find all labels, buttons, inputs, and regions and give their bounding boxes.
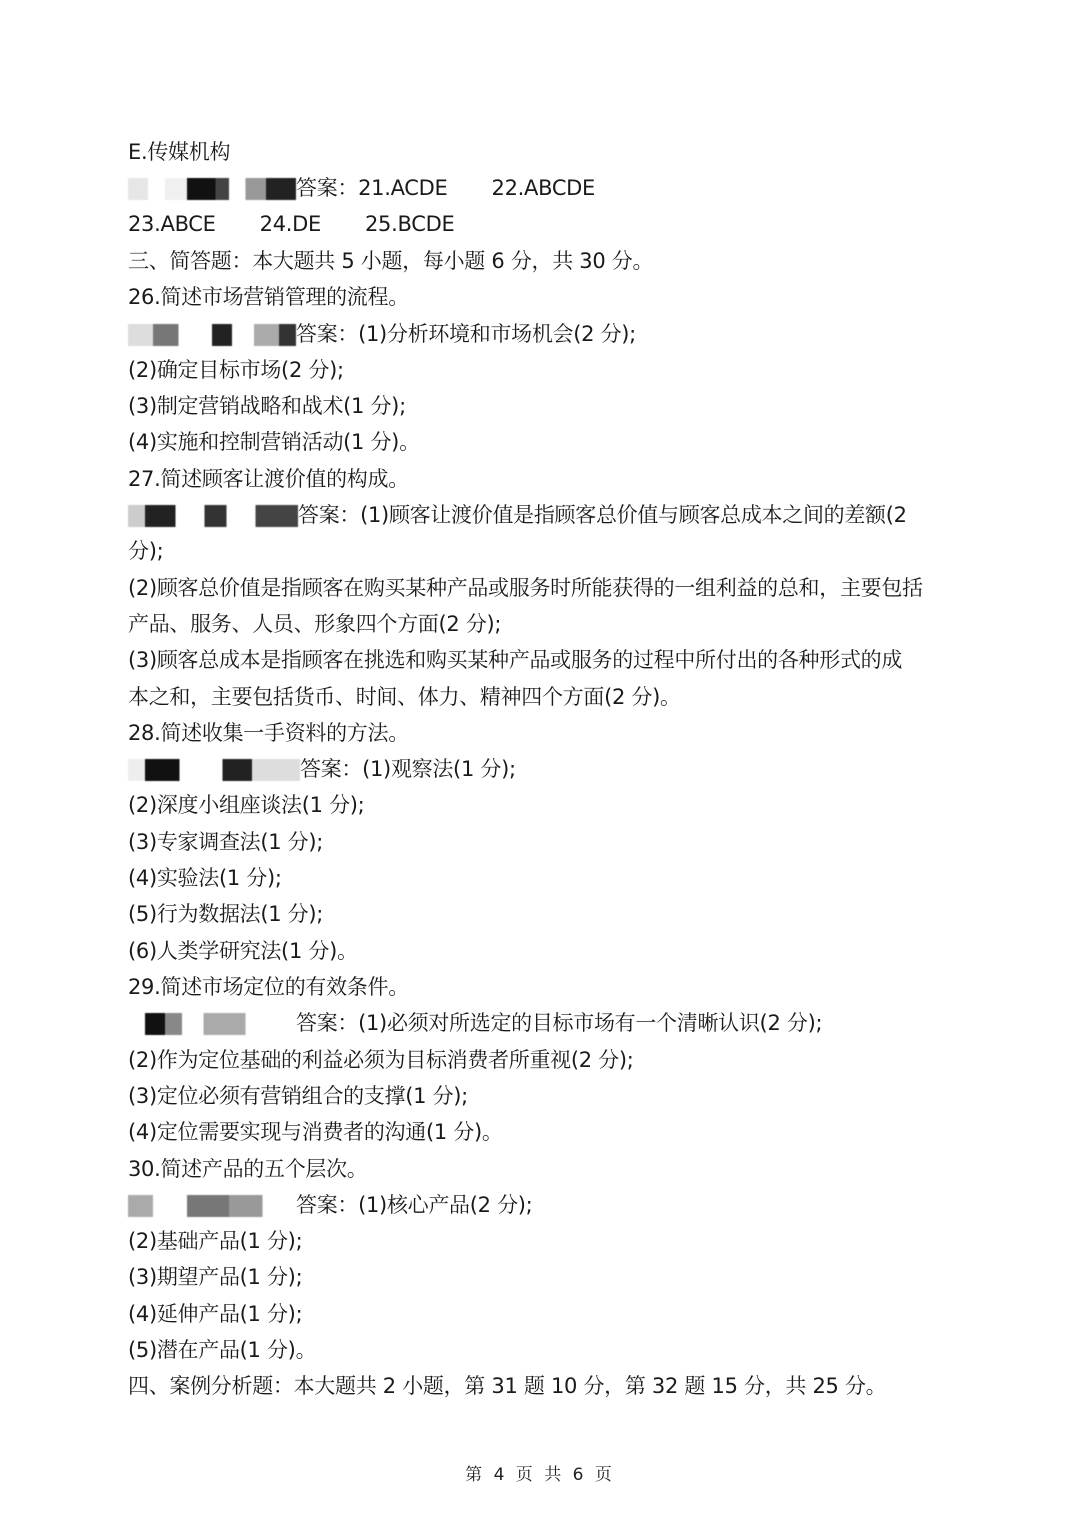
question-27: 27.简述顾客让渡价值的构成。 — [128, 465, 409, 493]
answer-30-1: 答案：(1)核心产品(2 分); — [128, 1191, 532, 1219]
answer-26-1: 答案：(1)分析环境和市场机会(2 分); — [128, 320, 636, 348]
page-number: 第 4 页 共 6 页 — [0, 1460, 1080, 1485]
answer-25: 25.BCDE — [365, 212, 454, 236]
answer-29-1: 答案：(1)必须对所选定的目标市场有一个清晰认识(2 分); — [128, 1009, 822, 1037]
option-e: E.传媒机构 — [128, 138, 230, 166]
question-29: 29.简述市场定位的有效条件。 — [128, 973, 409, 1001]
question-28: 28.简述收集一手资料的方法。 — [128, 719, 409, 747]
question-30: 30.简述产品的五个层次。 — [128, 1155, 368, 1183]
answer-23: 23.ABCE — [128, 212, 216, 236]
answer-21: 21.ACDE — [358, 176, 447, 200]
redacted-mark — [128, 324, 296, 346]
answer-29-4: (4)定位需要实现与消费者的沟通(1 分)。 — [128, 1118, 503, 1146]
answer-27-1: 答案：(1)顾客让渡价值是指顾客总价值与顾客总成本之间的差额(2 — [128, 501, 907, 529]
answer-28-3: (3)专家调查法(1 分); — [128, 828, 323, 856]
answer-22: 22.ABCDE — [492, 176, 596, 200]
answer-27-3: (3)顾客总成本是指顾客在挑选和购买某种产品或服务的过程中所付出的各种形式的成 — [128, 646, 902, 674]
answer-line-21-22: 答案：21.ACDE22.ABCDE — [128, 174, 595, 202]
section-heading-3: 三、简答题：本大题共 5 小题，每小题 6 分，共 30 分。 — [128, 247, 653, 275]
answer-29-3: (3)定位必须有营销组合的支撑(1 分); — [128, 1082, 468, 1110]
answer-28-1: 答案：(1)观察法(1 分); — [128, 755, 516, 783]
answer-24: 24.DE — [260, 212, 321, 236]
redacted-mark — [128, 1195, 296, 1217]
answer-27-2-cont: 产品、服务、人员、形象四个方面(2 分); — [128, 610, 501, 638]
redacted-mark — [128, 505, 298, 527]
answer-30-5: (5)潜在产品(1 分)。 — [128, 1336, 316, 1364]
answer-28-6: (6)人类学研究法(1 分)。 — [128, 937, 358, 965]
answer-26-2: (2)确定目标市场(2 分); — [128, 356, 344, 384]
answer-line-23-25: 23.ABCE24.DE25.BCDE — [128, 210, 454, 238]
answer-27-2: (2)顾客总价值是指顾客在购买某种产品或服务时所能获得的一组利益的总和，主要包括 — [128, 574, 923, 602]
redacted-mark — [128, 1013, 296, 1035]
answer-30-4: (4)延伸产品(1 分); — [128, 1300, 302, 1328]
answer-28-5: (5)行为数据法(1 分); — [128, 900, 323, 928]
answer-prefix: 答案： — [296, 176, 358, 200]
answer-28-2: (2)深度小组座谈法(1 分); — [128, 791, 364, 819]
redacted-mark — [128, 759, 300, 781]
answer-30-3: (3)期望产品(1 分); — [128, 1263, 302, 1291]
redacted-mark — [128, 178, 296, 200]
answer-27-1-cont: 分); — [128, 537, 163, 565]
answer-30-2: (2)基础产品(1 分); — [128, 1227, 302, 1255]
document-page: E.传媒机构 答案：21.ACDE22.ABCDE 23.ABCE24.DE25… — [0, 0, 1080, 1527]
section-heading-4: 四、案例分析题：本大题共 2 小题，第 31 题 10 分，第 32 题 15 … — [128, 1372, 886, 1400]
answer-26-3: (3)制定营销战略和战术(1 分); — [128, 392, 406, 420]
answer-29-2: (2)作为定位基础的利益必须为目标消费者所重视(2 分); — [128, 1046, 634, 1074]
answer-28-4: (4)实验法(1 分); — [128, 864, 282, 892]
answer-26-4: (4)实施和控制营销活动(1 分)。 — [128, 428, 420, 456]
question-26: 26.简述市场营销管理的流程。 — [128, 283, 409, 311]
answer-27-3-cont: 本之和，主要包括货币、时间、体力、精神四个方面(2 分)。 — [128, 683, 681, 711]
